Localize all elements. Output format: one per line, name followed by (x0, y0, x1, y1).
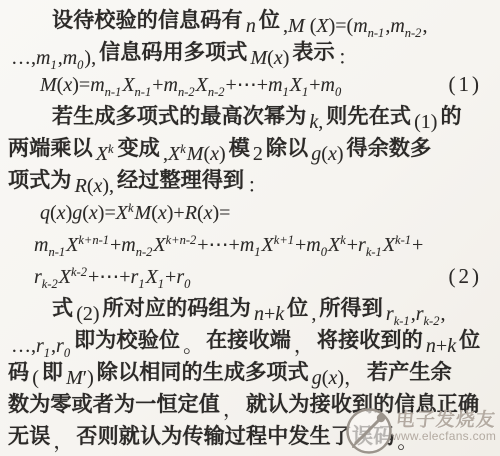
math-run: n (246, 15, 256, 37)
math-run: Xk (96, 143, 115, 165)
math-run: ： (338, 47, 358, 69)
watermark-url: www.elecfans.com (392, 429, 496, 443)
para3-line2: …,r1,r0即为校验位。在接收端，将接收到的n+k位 (8, 324, 494, 356)
math-run: R(x), (75, 175, 114, 197)
math-run: ， (53, 431, 73, 453)
para3-line1: 式(2)所对应的码组为n+k位,所得到rk-1,rk-2, (8, 292, 494, 324)
text-run: 设待校验的信息码有 (52, 8, 243, 32)
math-run: q(x)g(x)=XkM(x)+R(x)= (40, 202, 230, 224)
text-run: 表示 (292, 40, 334, 64)
math-run: M′) (66, 367, 94, 389)
watermark: 电子发烧友 www.elecfans.com (344, 402, 500, 456)
text-run: 项式为 (8, 168, 72, 192)
text-run: 位 (287, 296, 308, 320)
text-run: 除以相同的生成多项式 (97, 360, 309, 384)
math-run: k, (309, 111, 323, 133)
text-run: 模 (229, 136, 250, 160)
math-run: n+k (426, 335, 456, 357)
math-run: n+k (254, 303, 284, 325)
text-run: 得余数多 (347, 136, 432, 160)
math-run: ： (247, 175, 267, 197)
equation-number: (1) (449, 68, 483, 100)
text-run: 无误 (8, 424, 50, 448)
math-run: …,r1,r0 (11, 335, 71, 357)
para2-line1: 若生成多项式的最高次幂为k,则先在式(1)的 (8, 100, 494, 132)
math-run: 2 (253, 143, 263, 165)
math-run: ,M (X)=(mn-1,mn-2, (283, 15, 427, 37)
math-run: rk-1,rk-2, (386, 303, 446, 325)
elecfans-logo-icon (344, 406, 394, 456)
text-run: 即为校验位 (74, 328, 180, 352)
text-run: 位 (459, 328, 480, 352)
para1-line1: 设待校验的信息码有n位,M (X)=(mn-1,mn-2, (8, 4, 494, 36)
text-run: 在接收端 (206, 328, 291, 352)
text-run: 除以 (266, 136, 308, 160)
math-run: …,m1,m0), (11, 47, 96, 69)
math-run: M(x)=mn-1Xn-1+mn-2Xn-2+⋯+m1X1+m0 (40, 74, 342, 96)
text-run: 若产生余 (367, 360, 452, 384)
math-run: (2) (76, 303, 99, 325)
text-run: 的 (440, 104, 461, 128)
para2-line3: 项式为R(x),经过整理得到： (8, 164, 494, 196)
math-run: , (311, 303, 316, 325)
para2-line2: 两端乘以Xk变成,XkM(x)模2除以g(x)得余数多 (8, 132, 494, 164)
math-run: ( (32, 367, 39, 389)
document-page: 设待校验的信息码有n位,M (X)=(mn-1,mn-2,…,m1,m0),信息… (0, 0, 500, 456)
para3-line3: 码(即M′)除以相同的生成多项式g(x)，若产生余 (8, 356, 494, 388)
math-run: M(x) (250, 47, 289, 69)
math-run: ， (294, 335, 314, 357)
equation-number: (2) (449, 260, 483, 292)
text-run: 所对应的码组为 (103, 296, 251, 320)
text-run: 两端乘以 (8, 136, 93, 160)
math-run: 。 (183, 335, 203, 357)
math-run: g(x)， (312, 367, 364, 389)
math-run: ， (223, 399, 243, 421)
math-run: g(x) (311, 143, 343, 165)
text-run: 所得到 (319, 296, 383, 320)
math-run: ,XkM(x) (163, 143, 226, 165)
text-run: 信息码用多项式 (99, 40, 247, 64)
text-run: 经过整理得到 (117, 168, 244, 192)
equation-2-line3: rk-2Xk-2+⋯+r1X1+r0(2) (8, 260, 494, 292)
math-run: rk-2Xk-2+⋯+r1X1+r0 (34, 266, 191, 288)
watermark-brand: 电子发烧友 (395, 405, 498, 432)
text-run: 数为零或者为一恒定值 (8, 392, 220, 416)
text-block: 设待校验的信息码有n位,M (X)=(mn-1,mn-2,…,m1,m0),信息… (0, 4, 500, 452)
math-run: (1) (414, 111, 437, 133)
text-run: 位 (259, 8, 280, 32)
text-run: 变成 (118, 136, 160, 160)
text-run: 码 (8, 360, 29, 384)
math-run: mn-1Xk+n-1+mn-2Xk+n-2+⋯+m1Xk+1+m0Xk+rk-1… (34, 234, 423, 256)
